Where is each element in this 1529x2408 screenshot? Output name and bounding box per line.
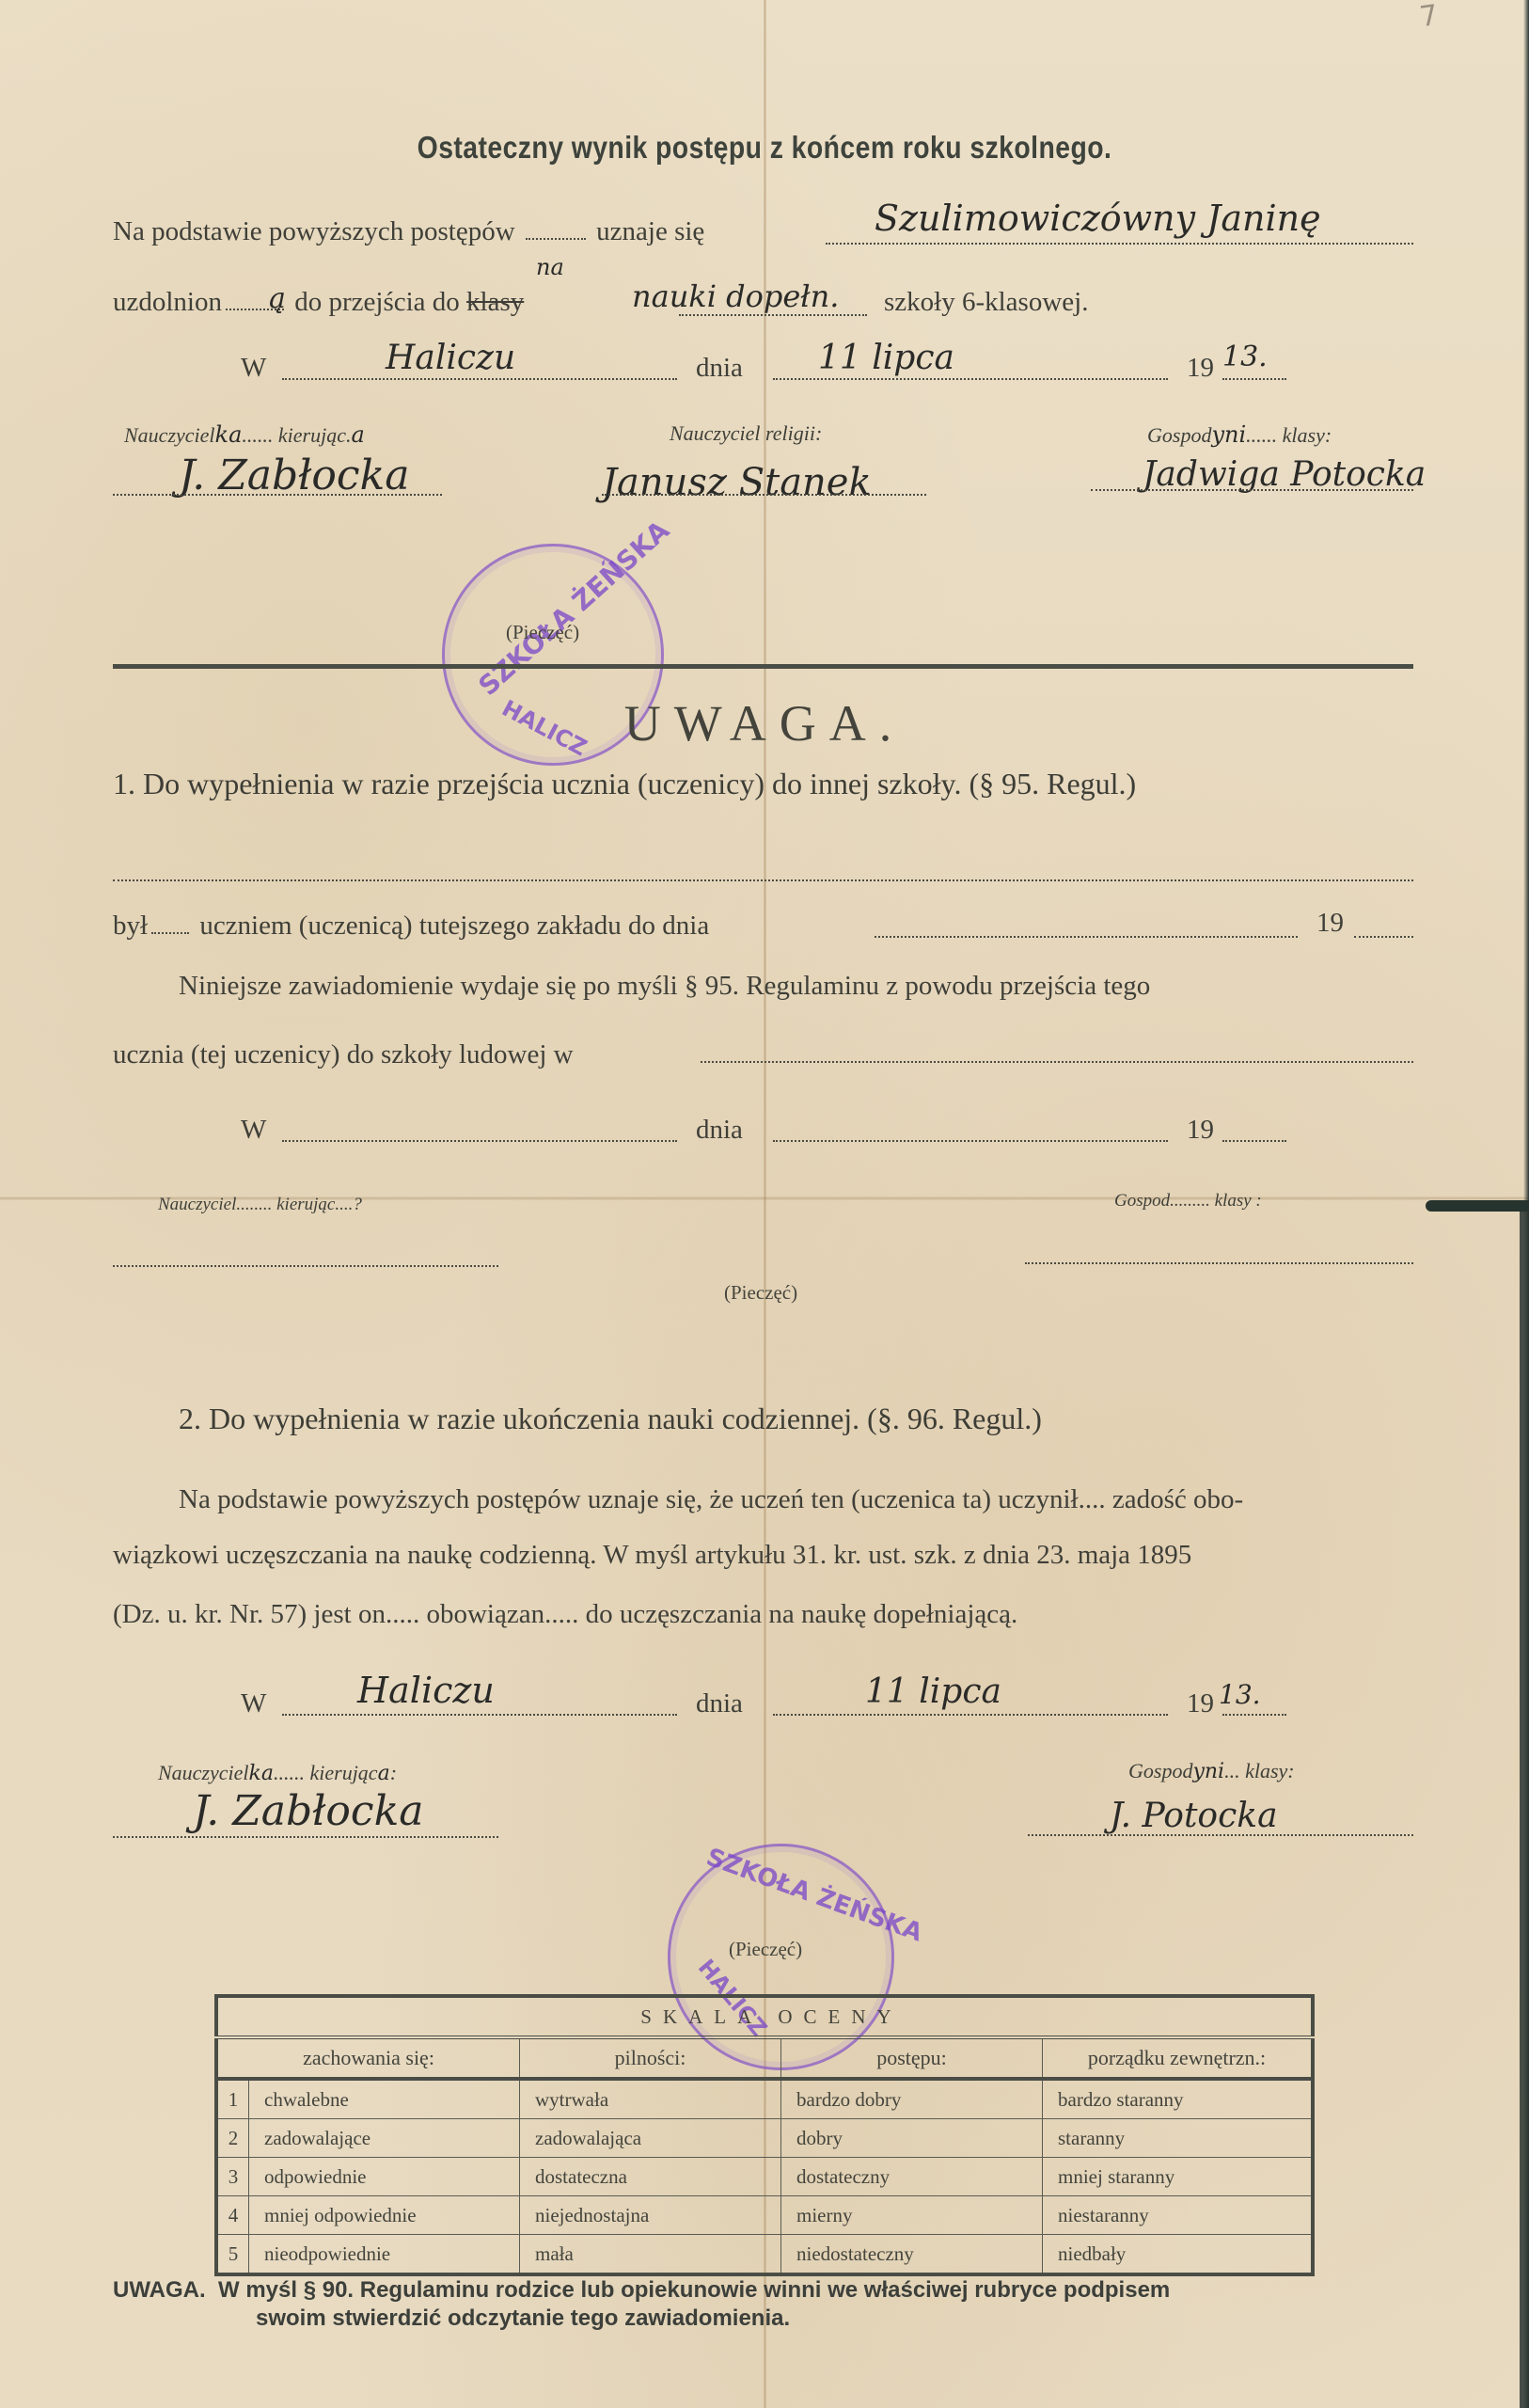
footer-line-2: swoim stwierdzić odczytanie tego zawiado…	[113, 2305, 1429, 2333]
label-b: kierując	[278, 423, 346, 447]
section-1-byl-line: był uczniem (uczenicą) tutejszego zakład…	[113, 911, 709, 942]
label-b: klasy:	[1283, 423, 1332, 447]
cell-zachowanie: zadowalające	[249, 2119, 520, 2158]
signature-line-class-host[interactable]	[1091, 489, 1413, 491]
result-line-2: uzdolnion do przejścia do klasy	[113, 287, 524, 318]
signature-class-host: Jadwiga Potocka	[1143, 455, 1426, 494]
sig-teacher-label: Nauczycielka...... kierując.a	[124, 421, 365, 448]
hand: yni	[1192, 1760, 1224, 1783]
footer-note: UWAGA. W myśl § 90. Regulaminu rodzice l…	[113, 2276, 1429, 2333]
section-1-notice-line-1: Niniejsze zawiadomienie wydaje się po my…	[179, 971, 1150, 1002]
section-2-year-field[interactable]	[1222, 1714, 1286, 1716]
section-1-date2-field[interactable]	[773, 1140, 1168, 1142]
class-field[interactable]	[679, 314, 867, 316]
hand-b: a	[351, 421, 364, 448]
cell-postep: niedostateczny	[781, 2235, 1043, 2275]
section-1-date-label: dnia	[696, 1115, 743, 1146]
signature-religion: Janusz Stanek	[602, 461, 872, 504]
section-1-year2-prefix: 19	[1187, 1115, 1214, 1146]
cell-postep: dobry	[781, 2119, 1043, 2158]
date-handwritten: 11 lipca	[818, 339, 954, 377]
cell-pilnosc: dostateczna	[520, 2158, 781, 2196]
section-1-date-field[interactable]	[875, 936, 1298, 938]
table-row: 5 nieodpowiednie mała niedostateczny nie…	[216, 2235, 1313, 2275]
cell-porzadek: niestaranny	[1043, 2196, 1314, 2235]
stamp-label-1: (Pieczęć)	[506, 621, 579, 644]
section-1-sig-left-label: Nauczyciel........ kierując....?	[158, 1195, 362, 1215]
year-field[interactable]	[1222, 378, 1286, 380]
section-1-year-field[interactable]	[1354, 936, 1413, 938]
section-2-place-handwritten: Haliczu	[357, 1670, 495, 1711]
section-2-sig-right-label: Gospodyni... klasy:	[1128, 1759, 1295, 1783]
cell-postep: dostateczny	[781, 2158, 1043, 2196]
header-zachowanie: zachowania się:	[216, 2037, 520, 2079]
line2-end: szkoły 6-klasowej.	[884, 287, 1088, 318]
inserted-word: na	[536, 254, 564, 280]
byl-mid: uczniem (uczenicą) tutejszego zakładu do…	[199, 911, 709, 941]
section-2-sig-right-line[interactable]	[1028, 1834, 1413, 1836]
document-title: Ostateczny wynik postępu z końcem roku s…	[107, 130, 1422, 166]
edge-tear	[1426, 1200, 1529, 1212]
table-row: 1 chwalebne wytrwała bardzo dobry bardzo…	[216, 2079, 1313, 2119]
line2-mid: do przejścia do	[294, 287, 460, 317]
section-1-place-prefix: W	[241, 1115, 266, 1146]
hand-b: a	[378, 1762, 390, 1785]
line1-mid: uznaje się	[596, 216, 704, 246]
section-1-sig-right-label: Gospod......... klasy :	[1114, 1191, 1262, 1212]
page-edge-right-lower	[1520, 1204, 1529, 2408]
section-1-school-field[interactable]	[701, 1061, 1413, 1063]
blank-dots	[526, 237, 586, 240]
date-label: dnia	[696, 353, 743, 384]
section-divider	[113, 664, 1413, 669]
page-number: 7	[1418, 0, 1441, 34]
footer-label: UWAGA.	[113, 2277, 206, 2303]
cell-pilnosc: zadowalająca	[520, 2119, 781, 2158]
row-number: 4	[216, 2196, 249, 2235]
section-1-year-prefix: 19	[1316, 908, 1344, 939]
section-2-para-line-2: wiązkowi uczęszczania na naukę codzienną…	[113, 1540, 1191, 1571]
signature-line-teacher[interactable]	[113, 494, 442, 496]
section-1-place-field[interactable]	[282, 1140, 677, 1142]
section-2-date-field[interactable]	[773, 1714, 1168, 1716]
section-2-signature-class-host: J. Potocka	[1110, 1797, 1278, 1835]
signature-line-religion[interactable]	[602, 494, 926, 496]
label-b: kierując	[309, 1761, 377, 1784]
section-2-para-line-1: Na podstawie powyższych postępów uznaje …	[179, 1484, 1243, 1515]
grading-scale-title: SKALA OCENY	[216, 1996, 1313, 2037]
struck-word: klasy	[466, 287, 524, 317]
student-name: Szulimowiczówny Janinę	[875, 198, 1321, 239]
line2-prefix: uzdolnion	[113, 287, 222, 317]
grading-scale-table: SKALA OCENY zachowania się: pilności: po…	[214, 1994, 1315, 2276]
cell-pilnosc: wytrwała	[520, 2079, 781, 2119]
label-a: Nauczyciel	[124, 423, 215, 447]
hand-a: ka	[249, 1762, 274, 1785]
cell-postep: bardzo dobry	[781, 2079, 1043, 2119]
header-porzadek: porządku zewnętrzn.:	[1043, 2037, 1314, 2079]
section-2-place-prefix: W	[241, 1688, 266, 1719]
signature-teacher: J. Zabłocka	[179, 451, 409, 499]
sig-class-host-label: Gospodyni...... klasy:	[1147, 421, 1332, 448]
footer-line-1: W myśl § 90. Regulaminu rodzice lub opie…	[218, 2277, 1170, 2303]
label-a: Gospod	[1147, 423, 1211, 447]
section-2-stamp-label: (Pieczęć)	[729, 1938, 802, 1961]
place-handwritten: Haliczu	[386, 339, 515, 377]
uwaga-heading: UWAGA.	[0, 694, 1529, 752]
row-number: 1	[216, 2079, 249, 2119]
section-2-heading: 2. Do wypełnienia w razie ukończenia nau…	[179, 1402, 1042, 1436]
place-field[interactable]	[282, 378, 677, 380]
section-2-year-handwritten: 13.	[1219, 1679, 1261, 1710]
cell-porzadek: staranny	[1043, 2119, 1314, 2158]
section-2-date-label: dnia	[696, 1688, 743, 1719]
cell-postep: mierny	[781, 2196, 1043, 2235]
year-handwritten: 13.	[1222, 341, 1268, 373]
row-number: 5	[216, 2235, 249, 2275]
cell-porzadek: mniej staranny	[1043, 2158, 1314, 2196]
label-a: Gospod	[1128, 1759, 1192, 1782]
cell-porzadek: niedbały	[1043, 2235, 1314, 2275]
cell-pilnosc: niejednostajna	[520, 2196, 781, 2235]
class-handwritten: nauki dopełn.	[632, 278, 839, 314]
label-end: :	[390, 1761, 397, 1784]
label-a: Nauczyciel	[158, 1761, 249, 1784]
cell-pilnosc: mała	[520, 2235, 781, 2275]
cell-zachowanie: mniej odpowiednie	[249, 2196, 520, 2235]
section-1-sig-right-line[interactable]	[1025, 1262, 1413, 1264]
hand-a: yni	[1211, 421, 1246, 448]
table-row: 3 odpowiednie dostateczna dostateczny mn…	[216, 2158, 1313, 2196]
handwritten-suffix: ą	[269, 282, 286, 315]
blank-dots	[151, 931, 189, 934]
place-prefix: W	[241, 353, 266, 384]
sig-religion-label: Nauczyciel religii:	[670, 421, 822, 446]
section-1-stamp-label: (Pieczęć)	[724, 1281, 797, 1305]
line1-prefix: Na podstawie powyższych postępów	[113, 216, 515, 246]
cell-porzadek: bardzo staranny	[1043, 2079, 1314, 2119]
section-1-heading: 1. Do wypełnienia w razie przejścia uczn…	[113, 767, 1136, 801]
cell-zachowanie: chwalebne	[249, 2079, 520, 2119]
result-line-1: Na podstawie powyższych postępów uznaje …	[113, 216, 704, 247]
section-1-year2-field[interactable]	[1222, 1140, 1286, 1142]
grading-scale-header-row: zachowania się: pilności: postępu: porzą…	[216, 2037, 1313, 2079]
byl-prefix: był	[113, 911, 148, 941]
section-1-name-field[interactable]	[113, 879, 1413, 881]
header-postep: postępu:	[781, 2037, 1043, 2079]
section-1-notice-line-2: ucznia (tej uczenicy) do szkoły ludowej …	[113, 1039, 574, 1070]
year-prefix: 19	[1187, 353, 1214, 384]
label-b: klasy:	[1245, 1759, 1295, 1782]
section-2-place-field[interactable]	[282, 1714, 677, 1716]
section-2-year-prefix: 19	[1187, 1688, 1214, 1719]
cell-zachowanie: nieodpowiednie	[249, 2235, 520, 2275]
hand-a: ka	[215, 421, 243, 448]
row-number: 2	[216, 2119, 249, 2158]
section-2-sig-left-label: Nauczycielka...... kierująca:	[158, 1761, 397, 1785]
section-2-para-line-3: (Dz. u. kr. Nr. 57) jest on..... obowiąz…	[113, 1599, 1017, 1630]
date-field[interactable]	[773, 378, 1168, 380]
student-name-field[interactable]	[826, 243, 1413, 245]
row-number: 3	[216, 2158, 249, 2196]
table-row: 4 mniej odpowiednie niejednostajna miern…	[216, 2196, 1313, 2235]
section-2-date-handwritten: 11 lipca	[865, 1672, 1001, 1711]
cell-zachowanie: odpowiednie	[249, 2158, 520, 2196]
section-2-signature-teacher: J. Zabłocka	[193, 1787, 423, 1835]
header-pilnosc: pilności:	[520, 2037, 781, 2079]
section-2-sig-left-line[interactable]	[113, 1836, 498, 1838]
section-1-sig-left-line[interactable]	[113, 1265, 498, 1267]
table-row: 2 zadowalające zadowalająca dobry staran…	[216, 2119, 1313, 2158]
